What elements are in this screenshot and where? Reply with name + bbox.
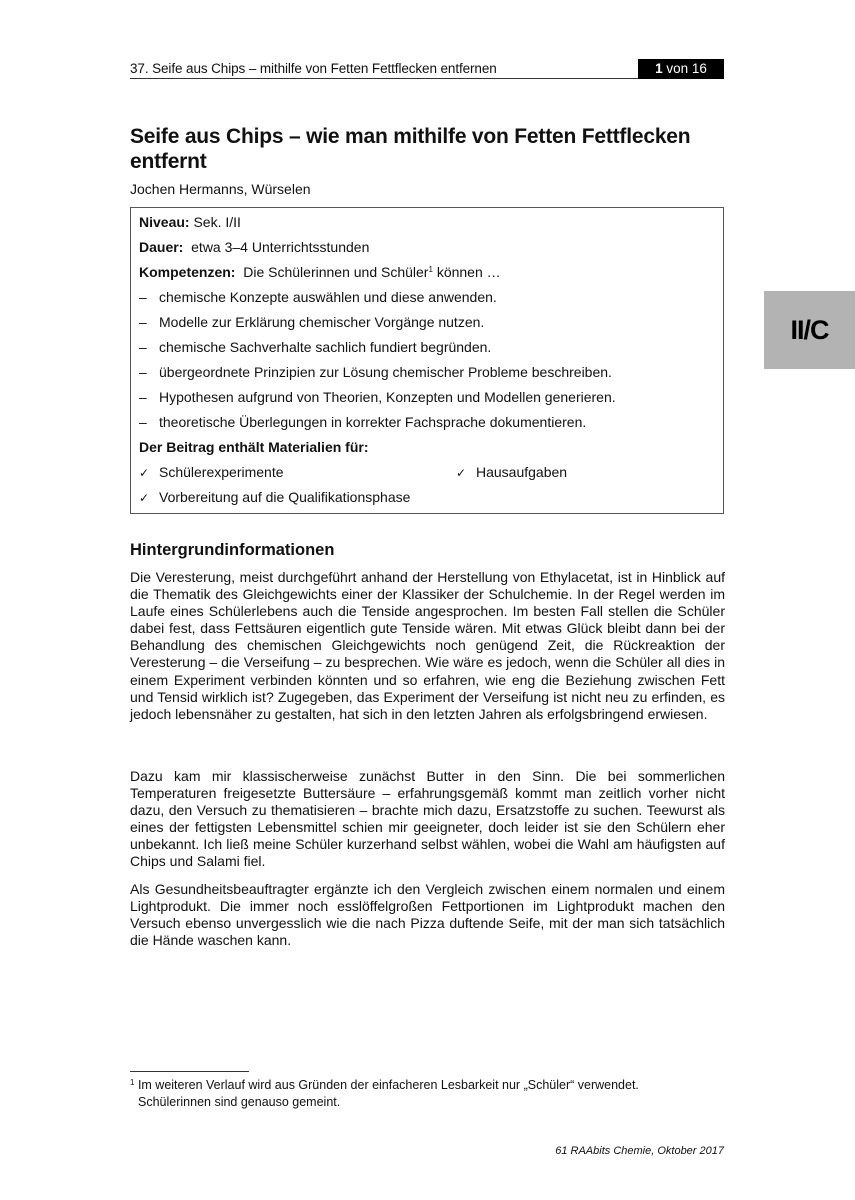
footnote: 1 Im weiteren Verlauf wird aus Gründen d… (130, 1074, 725, 1111)
page-total: von 16 (666, 61, 707, 76)
dauer-value: etwa 3–4 Unterrichtsstunden (191, 239, 369, 255)
paragraph: Die Veresterung, meist durchgeführt anha… (130, 569, 725, 723)
material-item: ✓Schülerexperimente (139, 464, 284, 480)
competency-text: theoretische Überlegungen in korrekter F… (159, 414, 586, 430)
dash-bullet: – (139, 314, 159, 330)
competency-item: –chemische Sachverhalte sachlich fundier… (139, 339, 491, 355)
competency-text: übergeordnete Prinzipien zur Lösung chem… (159, 364, 612, 380)
paragraph: Als Gesundheitsbeauftragter ergänzte ich… (130, 881, 725, 949)
dash-bullet: – (139, 414, 159, 430)
materials-heading: Der Beitrag enthält Materialien für: (139, 439, 369, 455)
footnote-marker: 1 (130, 1078, 134, 1087)
footnote-line-1: Im weiteren Verlauf wird aus Gründen der… (138, 1078, 639, 1092)
competency-item: –chemische Konzepte auswählen und diese … (139, 289, 497, 305)
materials-label: Der Beitrag enthält Materialien für: (139, 439, 369, 455)
document-title: Seife aus Chips – wie man mithilfe von F… (130, 124, 730, 174)
kompetenzen-row: Kompetenzen: Die Schülerinnen und Schüle… (139, 264, 501, 280)
kompetenzen-tail: können … (437, 264, 501, 280)
material-item: ✓Hausaufgaben (456, 464, 567, 480)
checkmark-icon: ✓ (456, 466, 476, 480)
material-item: ✓Vorbereitung auf die Qualifikationsphas… (139, 489, 410, 505)
material-text: Schülerexperimente (159, 464, 284, 480)
competency-item: –übergeordnete Prinzipien zur Lösung che… (139, 364, 612, 380)
material-text: Vorbereitung auf die Qualifikationsphase (159, 489, 410, 505)
page-current: 1 (655, 61, 663, 76)
material-text: Hausaufgaben (476, 464, 567, 480)
running-header: 37. Seife aus Chips – mithilfe von Fette… (130, 59, 724, 79)
dauer-label: Dauer: (139, 239, 183, 255)
competency-item: –Modelle zur Erklärung chemischer Vorgän… (139, 314, 484, 330)
competency-text: Hypothesen aufgrund von Theorien, Konzep… (159, 389, 616, 405)
paragraph: Dazu kam mir klassischerweise zunächst B… (130, 768, 725, 871)
niveau-label: Niveau: (139, 214, 190, 230)
competency-text: chemische Sachverhalte sachlich fundiert… (159, 339, 491, 355)
niveau-value: Sek. I/II (193, 214, 240, 230)
niveau-row: Niveau: Sek. I/II (139, 214, 241, 230)
running-title: 37. Seife aus Chips – mithilfe von Fette… (130, 61, 497, 76)
competency-item: –theoretische Überlegungen in korrekter … (139, 414, 586, 430)
footnote-ref[interactable]: 1 (428, 265, 432, 274)
dauer-row: Dauer: etwa 3–4 Unterrichtsstunden (139, 239, 369, 255)
dash-bullet: – (139, 389, 159, 405)
section-tab: II/C (764, 291, 855, 369)
info-box: Niveau: Sek. I/II Dauer: etwa 3–4 Unterr… (130, 207, 724, 514)
checkmark-icon: ✓ (139, 491, 159, 505)
footnote-line-2: Schülerinnen sind genauso gemeint. (130, 1094, 725, 1111)
page-footer: 61 RAAbits Chemie, Oktober 2017 (555, 1145, 724, 1157)
author: Jochen Hermanns, Würselen (130, 181, 311, 197)
competency-text: chemische Konzepte auswählen und diese a… (159, 289, 497, 305)
dash-bullet: – (139, 364, 159, 380)
competency-item: –Hypothesen aufgrund von Theorien, Konze… (139, 389, 616, 405)
section-heading: Hintergrundinformationen (130, 541, 334, 560)
checkmark-icon: ✓ (139, 466, 159, 480)
dash-bullet: – (139, 339, 159, 355)
footnote-divider (130, 1071, 249, 1072)
kompetenzen-intro: Die Schülerinnen und Schüler (243, 264, 428, 280)
dash-bullet: – (139, 289, 159, 305)
page-indicator: 1 von 16 (638, 59, 724, 79)
competency-text: Modelle zur Erklärung chemischer Vorgäng… (159, 314, 484, 330)
kompetenzen-label: Kompetenzen: (139, 264, 235, 280)
